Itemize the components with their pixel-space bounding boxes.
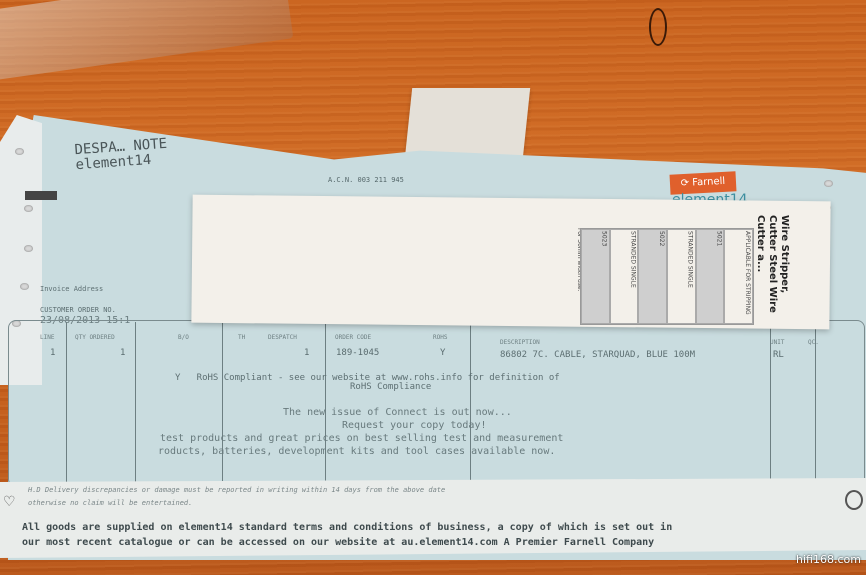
header-rohs: ROHS: [433, 334, 447, 341]
watermark: hifi168.com: [796, 553, 861, 566]
insert-model: 5021: [696, 229, 725, 324]
header-description: DESCRIPTION: [500, 339, 540, 346]
row-description: 86802 7C. CABLE, STARQUAD, BLUE 100M: [500, 350, 695, 360]
row-line: 1: [50, 348, 55, 358]
promo-line: Request your copy today!: [342, 420, 487, 431]
quality-heart-icon: ♡: [3, 494, 16, 510]
terms-text: All goods are supplied on element14 stan…: [22, 522, 672, 533]
insert-title: Wire Stripper, Cutter Steel Wire Cutter …: [760, 215, 790, 325]
promo-line: The new issue of Connect is out now...: [283, 407, 512, 418]
feed-hole: [20, 283, 29, 290]
row-despatch: 1: [304, 348, 309, 358]
header-despatch: DESPATCH: [268, 334, 297, 341]
header-qty-ordered: QTY ORDERED: [75, 334, 115, 341]
row-rohs: Y: [440, 348, 445, 358]
column-divider: [66, 322, 67, 482]
column-divider: [222, 322, 223, 482]
insert-header: APPLICABLE FOR STRIPPING: [724, 229, 753, 324]
row-qty-ordered: 1: [120, 348, 125, 358]
insert-type: STRANDED SINGLE: [667, 229, 696, 324]
header-line: LINE: [40, 334, 54, 341]
insert-model: 5023: [581, 229, 610, 324]
column-divider: [325, 322, 326, 482]
promo-line: roducts, batteries, development kits and…: [158, 446, 555, 457]
delivery-notice: H.D Delivery discrepancies or damage mus…: [28, 486, 445, 494]
column-divider: [135, 322, 136, 482]
insert-model: 5022: [638, 229, 667, 324]
row-unit: RL: [773, 350, 784, 360]
order-table: [8, 320, 865, 487]
feed-hole: [824, 180, 833, 187]
certification-seal-icon: [845, 490, 863, 510]
rubber-band-loop: [649, 8, 667, 46]
column-divider: [470, 322, 471, 482]
row-order-code: 189-1045: [336, 348, 379, 358]
header-unit: UNIT: [770, 339, 784, 346]
insert-spec-table: 5023 STRANDED SINGLE 5022 STRANDED SINGL…: [580, 228, 754, 325]
feed-hole: [24, 245, 33, 252]
promo-line: test products and great prices on best s…: [160, 433, 563, 444]
print-registration-mark: [25, 191, 57, 200]
header-qc: QC.: [808, 339, 819, 346]
feed-hole: [15, 148, 24, 155]
insert-type: STRANDED SINGLE: [610, 229, 639, 324]
acn-number: A.C.N. 003 211 945: [328, 176, 404, 184]
column-divider: [770, 322, 771, 482]
header-bo: B/O: [178, 334, 189, 341]
invoice-address-label: Invoice Address: [40, 285, 103, 293]
header-order-code: ORDER CODE: [335, 334, 371, 341]
terms-text-cont: our most recent catalogue or can be acce…: [22, 537, 654, 548]
customer-order-label: CUSTOMER ORDER NO.: [40, 306, 116, 314]
rohs-note-cont: RoHS Compliance: [350, 382, 431, 392]
delivery-notice-cont: otherwise no claim will be entertained.: [28, 499, 192, 507]
farnell-swoosh-icon: ⟳: [680, 178, 689, 189]
column-divider: [815, 322, 816, 482]
feed-hole: [24, 205, 33, 212]
header-th: TH: [238, 334, 245, 341]
